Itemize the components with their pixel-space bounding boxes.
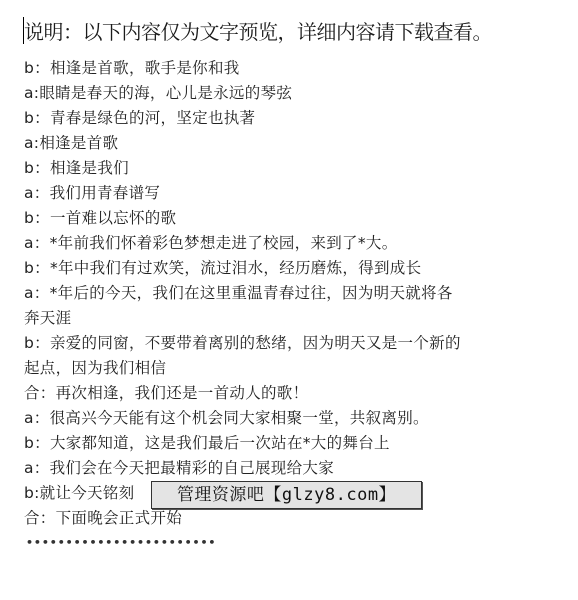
script-line: a：*年后的今天，我们在这里重温青春过往，因为明天就将各	[24, 281, 564, 306]
script-line: a:相逢是首歌	[24, 131, 564, 156]
dotted-separator: ••••••••••••••••••••••••	[26, 538, 216, 548]
script-line: a：很高兴今天能有这个机会同大家相聚一堂，共叙离别。	[24, 406, 564, 431]
document-body: b：相逢是首歌，歌手是你和我 a:眼睛是春天的海，心儿是永远的琴弦 b：青春是绿…	[24, 56, 564, 531]
script-line: a：*年前我们怀着彩色梦想走进了校园，来到了*大。	[24, 231, 564, 256]
script-line: 起点，因为我们相信	[24, 356, 564, 381]
preview-notice: 说明：以下内容仅为文字预览，详细内容请下载查看。	[24, 17, 492, 47]
script-line: a：我们会在今天把最精彩的自己展现给大家	[24, 456, 564, 481]
script-line: b：*年中我们有过欢笑，流过泪水，经历磨炼，得到成长	[24, 256, 564, 281]
script-line: b：相逢是我们	[24, 156, 564, 181]
script-line: b：大家都知道，这是我们最后一次站在*大的舞台上	[24, 431, 564, 456]
script-line: 合：下面晚会正式开始	[24, 506, 564, 531]
script-line: a:眼睛是春天的海，心儿是永远的琴弦	[24, 81, 564, 106]
script-line: b：一首难以忘怀的歌	[24, 206, 564, 231]
script-line: b：青春是绿色的河，坚定也执著	[24, 106, 564, 131]
script-line: b：相逢是首歌，歌手是你和我	[24, 56, 564, 81]
script-line: a：我们用青春谱写	[24, 181, 564, 206]
script-line: 合：再次相逢，我们还是一首动人的歌！	[24, 381, 564, 406]
watermark-label: 管理资源吧【glzy8.com】	[151, 481, 422, 509]
script-line: 奔天涯	[24, 306, 564, 331]
script-line: b：亲爱的同窗，不要带着离别的愁绪，因为明天又是一个新的	[24, 331, 564, 356]
